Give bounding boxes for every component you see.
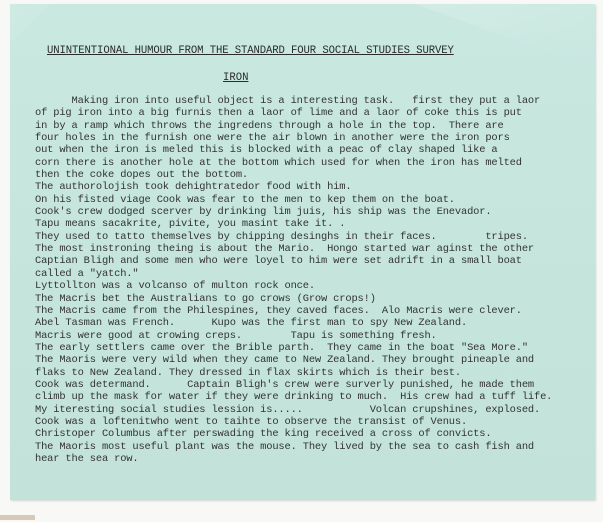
body-line: then the coke dopes out the bottom.	[35, 169, 595, 181]
body-line: flaks to New Zealand. They dressed in fl…	[35, 367, 595, 379]
body-line: The early settlers came over the Brible …	[35, 342, 595, 354]
body-line: On his fisted viage Cook was fear to the…	[35, 194, 595, 206]
body-line: of pig iron into a big furnis then a lao…	[35, 107, 595, 119]
body-line: Lyttollton was a volcanso of multon rock…	[35, 280, 595, 292]
body-line: in by a ramp which throws the ingredens …	[35, 120, 595, 132]
document-title: UNINTENTIONAL HUMOUR FROM THE STANDARD F…	[47, 45, 454, 57]
body-line: Making iron into useful object is a inte…	[35, 95, 595, 107]
body-line: My iteresting social studies lession is.…	[35, 404, 595, 416]
body-line: out when the iron is meled this is block…	[35, 144, 595, 156]
body-line: The Macris came from the Philespines, th…	[35, 305, 595, 317]
body-line: four holes in the furnish one were the a…	[35, 132, 595, 144]
body-line: The Macris bet the Australians to go cro…	[35, 293, 595, 305]
document-subtitle: IRON	[223, 72, 248, 84]
body-line: climb up the mask for water if they were…	[35, 391, 595, 403]
body-line: Cook's crew dodged scerver by drinking l…	[35, 206, 595, 218]
body-line: They used to tatto themselves by chippin…	[35, 231, 595, 243]
document-body: Making iron into useful object is a inte…	[35, 95, 595, 465]
body-line: The Maoris were very wild when they came…	[35, 354, 595, 366]
body-line: called a "yatch."	[35, 268, 595, 280]
body-line: Tapu means sacakrite, pivite, you masint…	[35, 218, 595, 230]
body-line: corn there is another hole at the bottom…	[35, 157, 595, 169]
body-line: The most instroning theing is about the …	[35, 243, 595, 255]
body-line: Captian Bligh and some men who were loye…	[35, 255, 595, 267]
body-line: The authorolojish took dehightratedor fo…	[35, 181, 595, 193]
body-line: Christoper Columbus after perswading the…	[35, 428, 595, 440]
body-line: hear the sea row.	[35, 453, 595, 465]
body-line: Cook was a loftenitwho went to taihte to…	[35, 416, 595, 428]
body-line: Macris were good at crowing creps. Tapu …	[35, 330, 595, 342]
body-line: Abel Tasman was French. Kupo was the fir…	[35, 317, 595, 329]
body-line: The Maoris most useful plant was the mou…	[35, 441, 595, 453]
body-line: Cook was determand. Captain Bligh's crew…	[35, 379, 595, 391]
scanned-page: UNINTENTIONAL HUMOUR FROM THE STANDARD F…	[0, 0, 603, 522]
paper-edge	[0, 515, 35, 520]
